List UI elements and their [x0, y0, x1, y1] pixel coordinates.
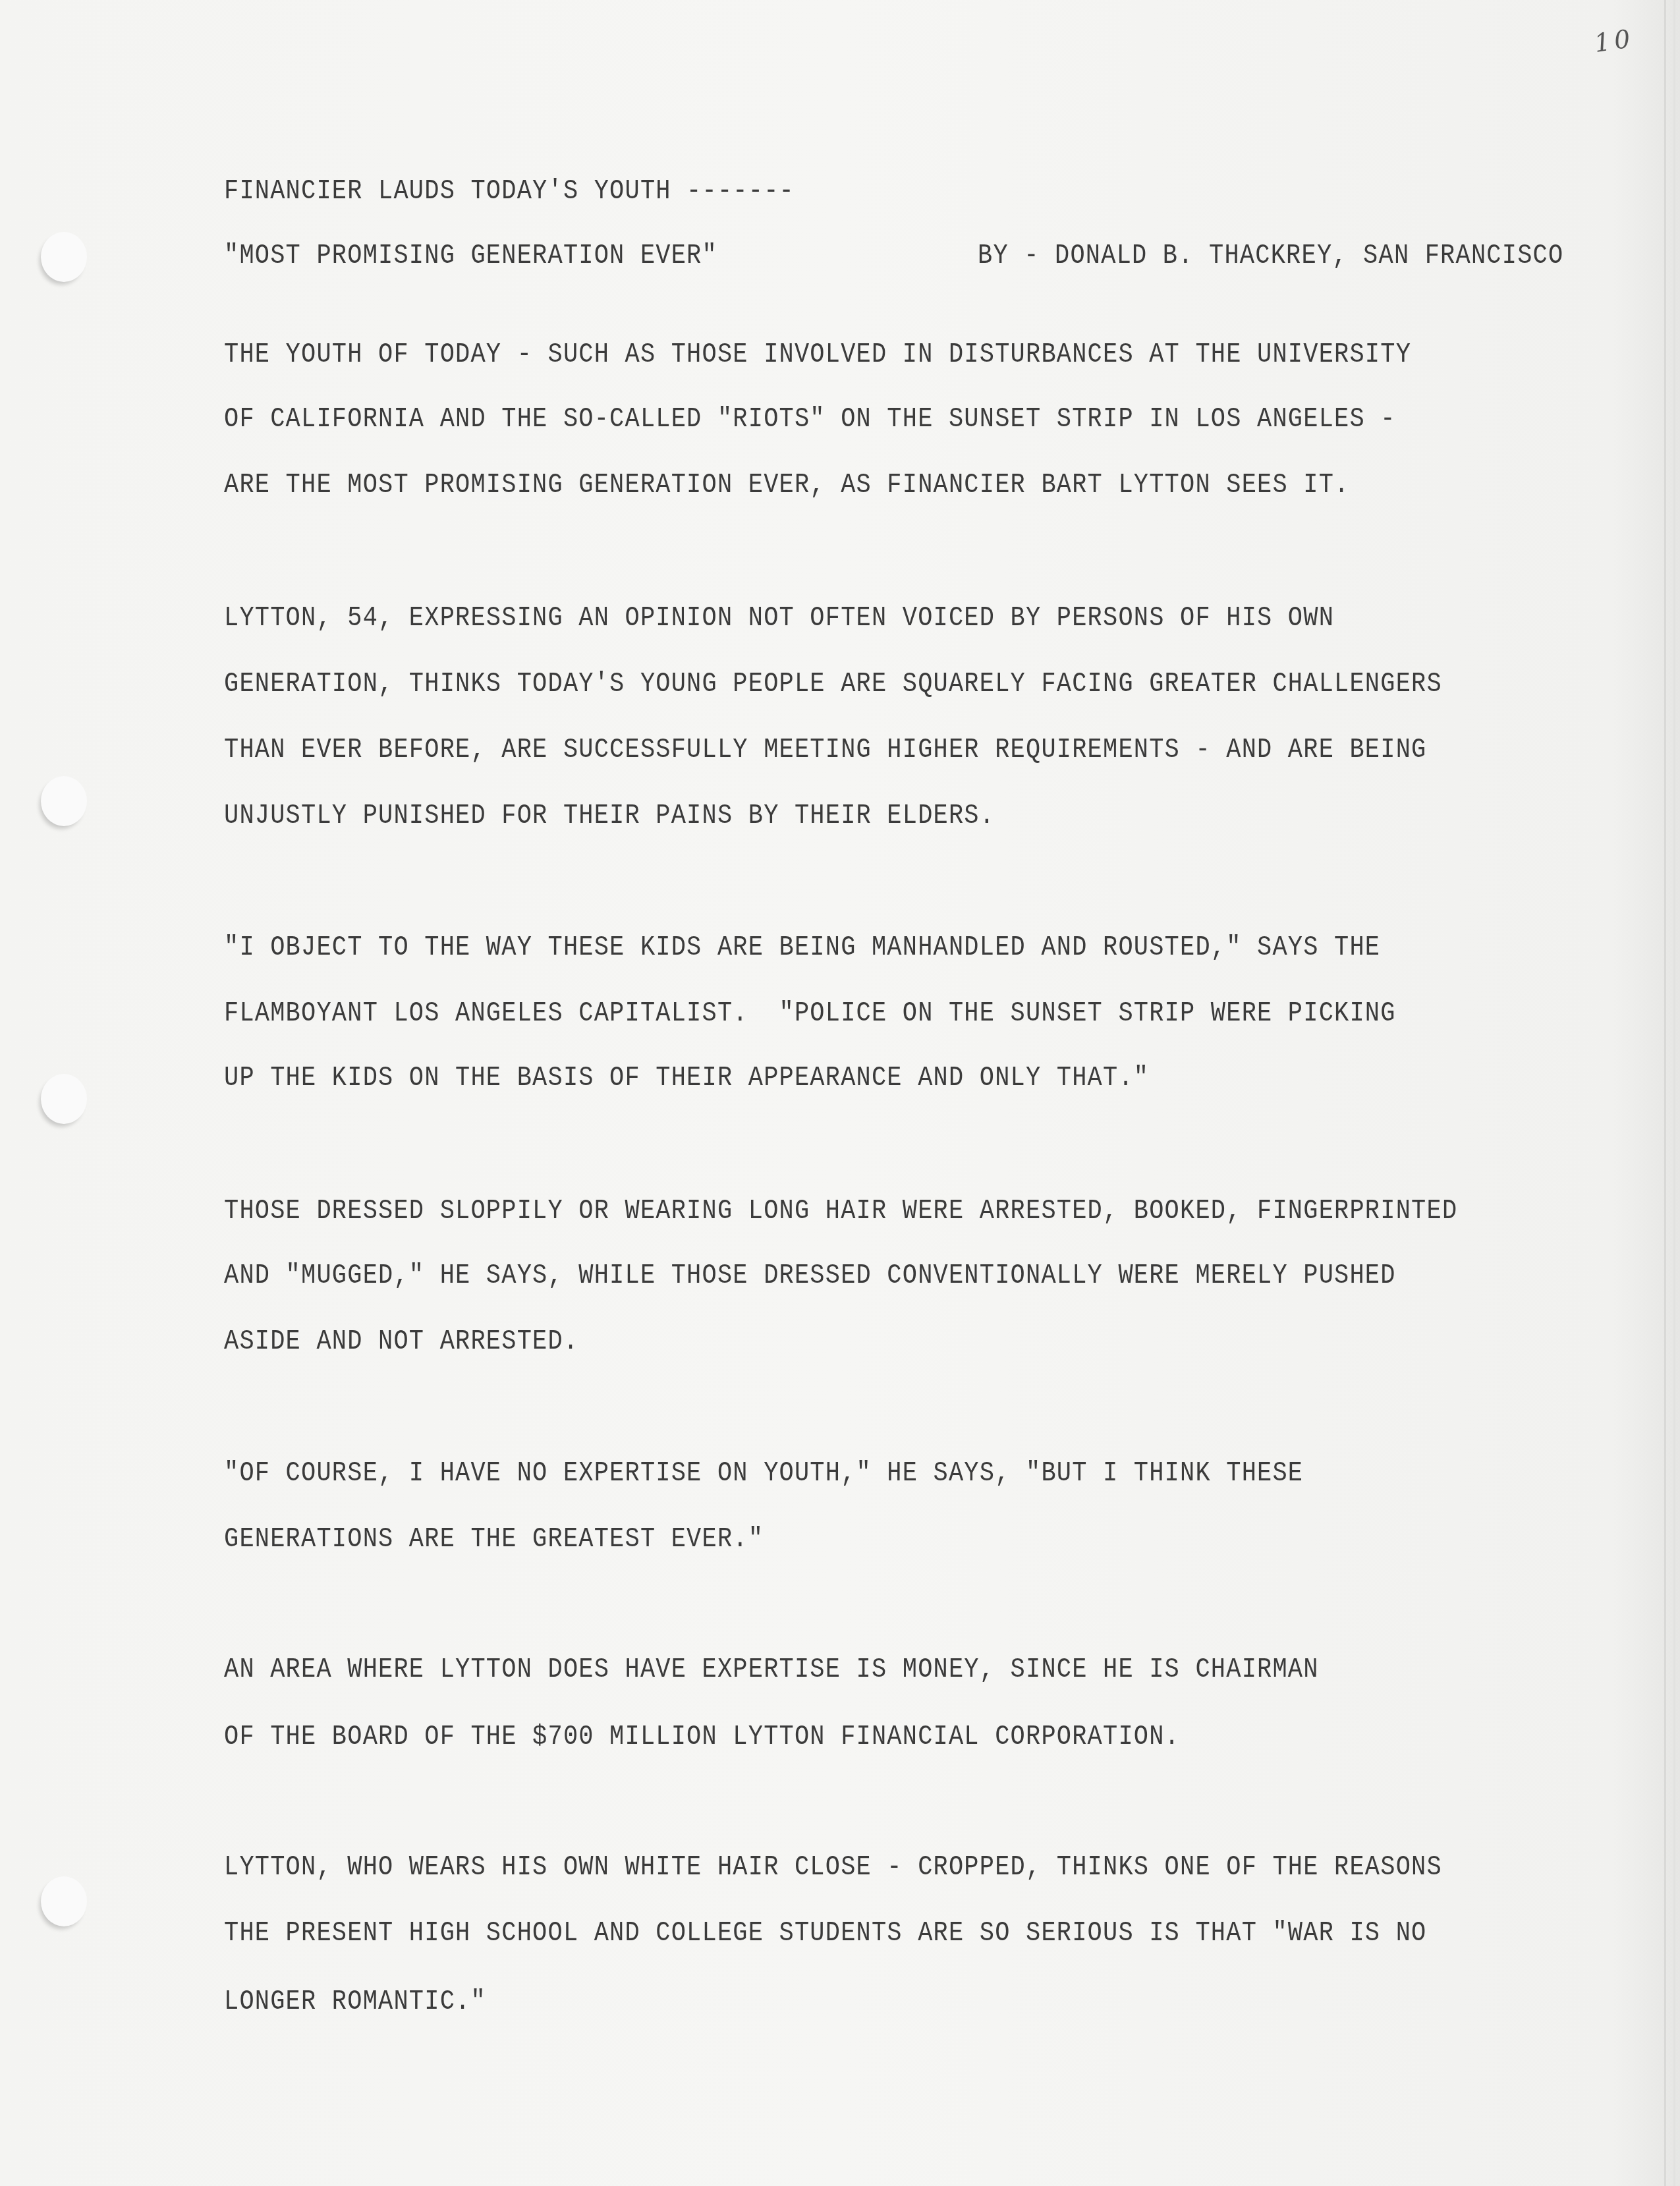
subheadline: "MOST PROMISING GENERATION EVER" — [224, 241, 717, 271]
paragraph-line: UP THE KIDS ON THE BASIS OF THEIR APPEAR… — [224, 1063, 1149, 1094]
byline: BY - DONALD B. THACKREY, SAN FRANCISCO — [978, 241, 1563, 271]
paragraph-line: ASIDE AND NOT ARRESTED. — [224, 1327, 578, 1357]
paragraph-line: OF THE BOARD OF THE $700 MILLION LYTTON … — [224, 1722, 1180, 1752]
page-edge-line — [1673, 0, 1675, 2186]
paragraph-line: THOSE DRESSED SLOPPILY OR WEARING LONG H… — [224, 1196, 1457, 1227]
paragraph-line: LYTTON, 54, EXPRESSING AN OPINION NOT OF… — [224, 603, 1334, 634]
punch-hole-icon — [41, 776, 87, 826]
paragraph-line: "I OBJECT TO THE WAY THESE KIDS ARE BEIN… — [224, 933, 1380, 963]
handwritten-page-number: 10 — [1592, 24, 1636, 58]
paragraph-line: AN AREA WHERE LYTTON DOES HAVE EXPERTISE… — [224, 1655, 1319, 1685]
paragraph-line: "OF COURSE, I HAVE NO EXPERTISE ON YOUTH… — [224, 1459, 1303, 1489]
punch-hole-icon — [41, 1876, 87, 1926]
punch-hole-icon — [41, 1074, 87, 1124]
paragraph-line: LYTTON, WHO WEARS HIS OWN WHITE HAIR CLO… — [224, 1853, 1442, 1883]
paragraph-line: LONGER ROMANTIC." — [224, 1987, 486, 2017]
document-page: 10 FINANCIER LAUDS TODAY'S YOUTH -------… — [0, 0, 1680, 2186]
paragraph-line: GENERATION, THINKS TODAY'S YOUNG PEOPLE … — [224, 669, 1442, 700]
paragraph-line: THE YOUTH OF TODAY - SUCH AS THOSE INVOL… — [224, 340, 1411, 370]
paragraph-line: UNJUSTLY PUNISHED FOR THEIR PAINS BY THE… — [224, 801, 995, 831]
paragraph-line: THAN EVER BEFORE, ARE SUCCESSFULLY MEETI… — [224, 735, 1426, 766]
paragraph-line: OF CALIFORNIA AND THE SO-CALLED "RIOTS" … — [224, 405, 1396, 435]
punch-hole-icon — [41, 232, 87, 282]
paragraph-line: AND "MUGGED," HE SAYS, WHILE THOSE DRESS… — [224, 1261, 1396, 1291]
page-edge-line — [1664, 0, 1666, 2186]
paragraph-line: THE PRESENT HIGH SCHOOL AND COLLEGE STUD… — [224, 1919, 1426, 1949]
paragraph-line: FLAMBOYANT LOS ANGELES CAPITALIST. "POLI… — [224, 999, 1396, 1029]
paragraph-line: ARE THE MOST PROMISING GENERATION EVER, … — [224, 470, 1349, 501]
paragraph-line: GENERATIONS ARE THE GREATEST EVER." — [224, 1525, 764, 1555]
headline: FINANCIER LAUDS TODAY'S YOUTH ------- — [224, 177, 795, 207]
